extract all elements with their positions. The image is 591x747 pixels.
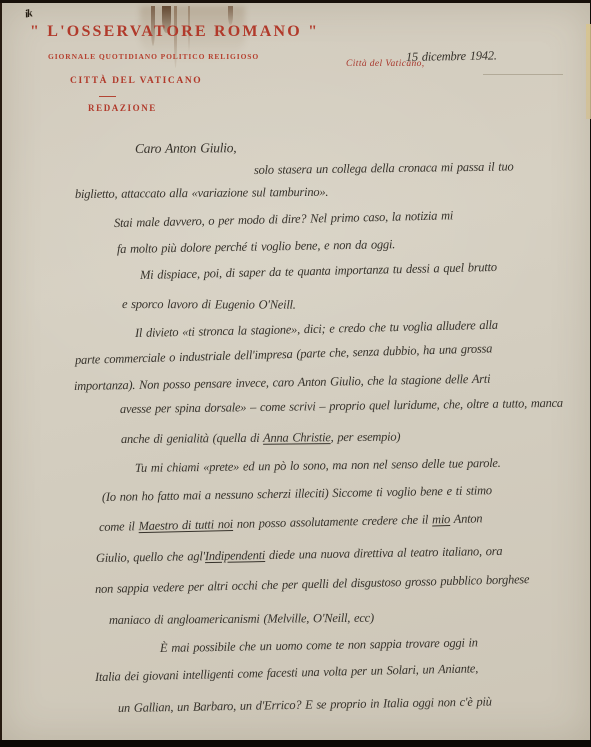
scanned-letter: { "letterhead": { "title": "\" L'OSSERVA… bbox=[0, 0, 591, 747]
handwriting-line: Tu mi chiami «prete» ed un pò lo sono, m… bbox=[135, 456, 501, 476]
masthead-subtitle: GIORNALE QUOTIDIANO POLITICO RELIGIOSO bbox=[48, 52, 259, 61]
dateline-handwritten: 15 dicembre 1942. bbox=[406, 48, 497, 65]
masthead-divider bbox=[99, 96, 116, 97]
handwriting-line: Giulio, quello che agl'Indipendenti died… bbox=[96, 544, 503, 566]
scan-edge-right bbox=[586, 24, 591, 119]
handwriting-line: maniaco di angloamericanismi (Melville, … bbox=[109, 611, 374, 628]
line-text: anche di genialità (quella di bbox=[121, 431, 263, 446]
line-text: Giulio, quello che agl' bbox=[96, 549, 205, 565]
handwriting-line: e sporco lavoro di Eugenio O'Neill. bbox=[122, 297, 296, 313]
handwriting-line: Mi dispiace, poi, di saper da te quanta … bbox=[140, 260, 497, 283]
underlined-text: mio bbox=[432, 512, 450, 526]
handwriting-line: non sappia vedere per altri occhi che pe… bbox=[95, 572, 530, 597]
salutation: Caro Anton Giulio, bbox=[135, 140, 237, 157]
handwriting-line: anche di genialità (quella di Anna Chris… bbox=[121, 430, 400, 447]
handwriting-line: avesse per spina dorsale» – come scrivi … bbox=[120, 396, 563, 417]
handwriting-line: parte commerciale o industriale dell'imp… bbox=[75, 341, 493, 368]
scan-edge-left bbox=[0, 0, 2, 747]
masthead-city: CITTÀ DEL VATICANO bbox=[70, 76, 202, 86]
line-text: non posso assolutamente credere che il bbox=[233, 512, 432, 531]
handwriting-line: come il Maestro di tutti noi non posso a… bbox=[99, 511, 483, 535]
masthead-department: REDAZIONE bbox=[88, 103, 157, 113]
handwriting-line: (Io non ho fatto mai a nessuno scherzi i… bbox=[102, 483, 492, 505]
handwriting-line: Italia dei giovani intelligenti come fac… bbox=[95, 661, 478, 685]
letter-page: ik " L'OSSERVATORE ROMANO " GIORNALE QUO… bbox=[2, 3, 590, 741]
underlined-text: Indipendenti bbox=[205, 548, 265, 563]
handwriting-line: un Gallian, un Barbaro, un d'Errico? E s… bbox=[118, 694, 492, 716]
line-text: Anton bbox=[450, 511, 483, 526]
handwriting-line: È mai possibile che un uomo come te non … bbox=[160, 635, 478, 656]
line-text: , per esempio) bbox=[331, 430, 401, 445]
underlined-text: Anna Christie bbox=[263, 430, 331, 445]
line-text: diede una nuova direttiva al teatro ital… bbox=[265, 544, 502, 562]
scan-edge-top bbox=[0, 0, 591, 3]
dateline-rule bbox=[483, 73, 563, 75]
handwriting-line: Il divieto «ti stronca la stagione», dic… bbox=[135, 318, 498, 341]
handwriting-line: fa molto più dolore perché ti voglio ben… bbox=[117, 237, 395, 257]
underlined-text: Maestro di tutti noi bbox=[138, 517, 233, 533]
line-text: come il bbox=[99, 519, 139, 534]
scan-edge-bottom bbox=[0, 740, 591, 747]
handwriting-line: importanza). Non posso pensare invece, c… bbox=[74, 372, 491, 394]
archive-mark: ik bbox=[24, 8, 33, 21]
masthead-title: " L'OSSERVATORE ROMANO " bbox=[30, 23, 319, 41]
handwriting-line: Stai male davvero, o per modo di dire? N… bbox=[114, 208, 453, 231]
handwriting-line: solo stasera un collega della cronaca mi… bbox=[254, 159, 514, 178]
handwriting-line: biglietto, attaccato alla «variazione su… bbox=[75, 185, 328, 202]
